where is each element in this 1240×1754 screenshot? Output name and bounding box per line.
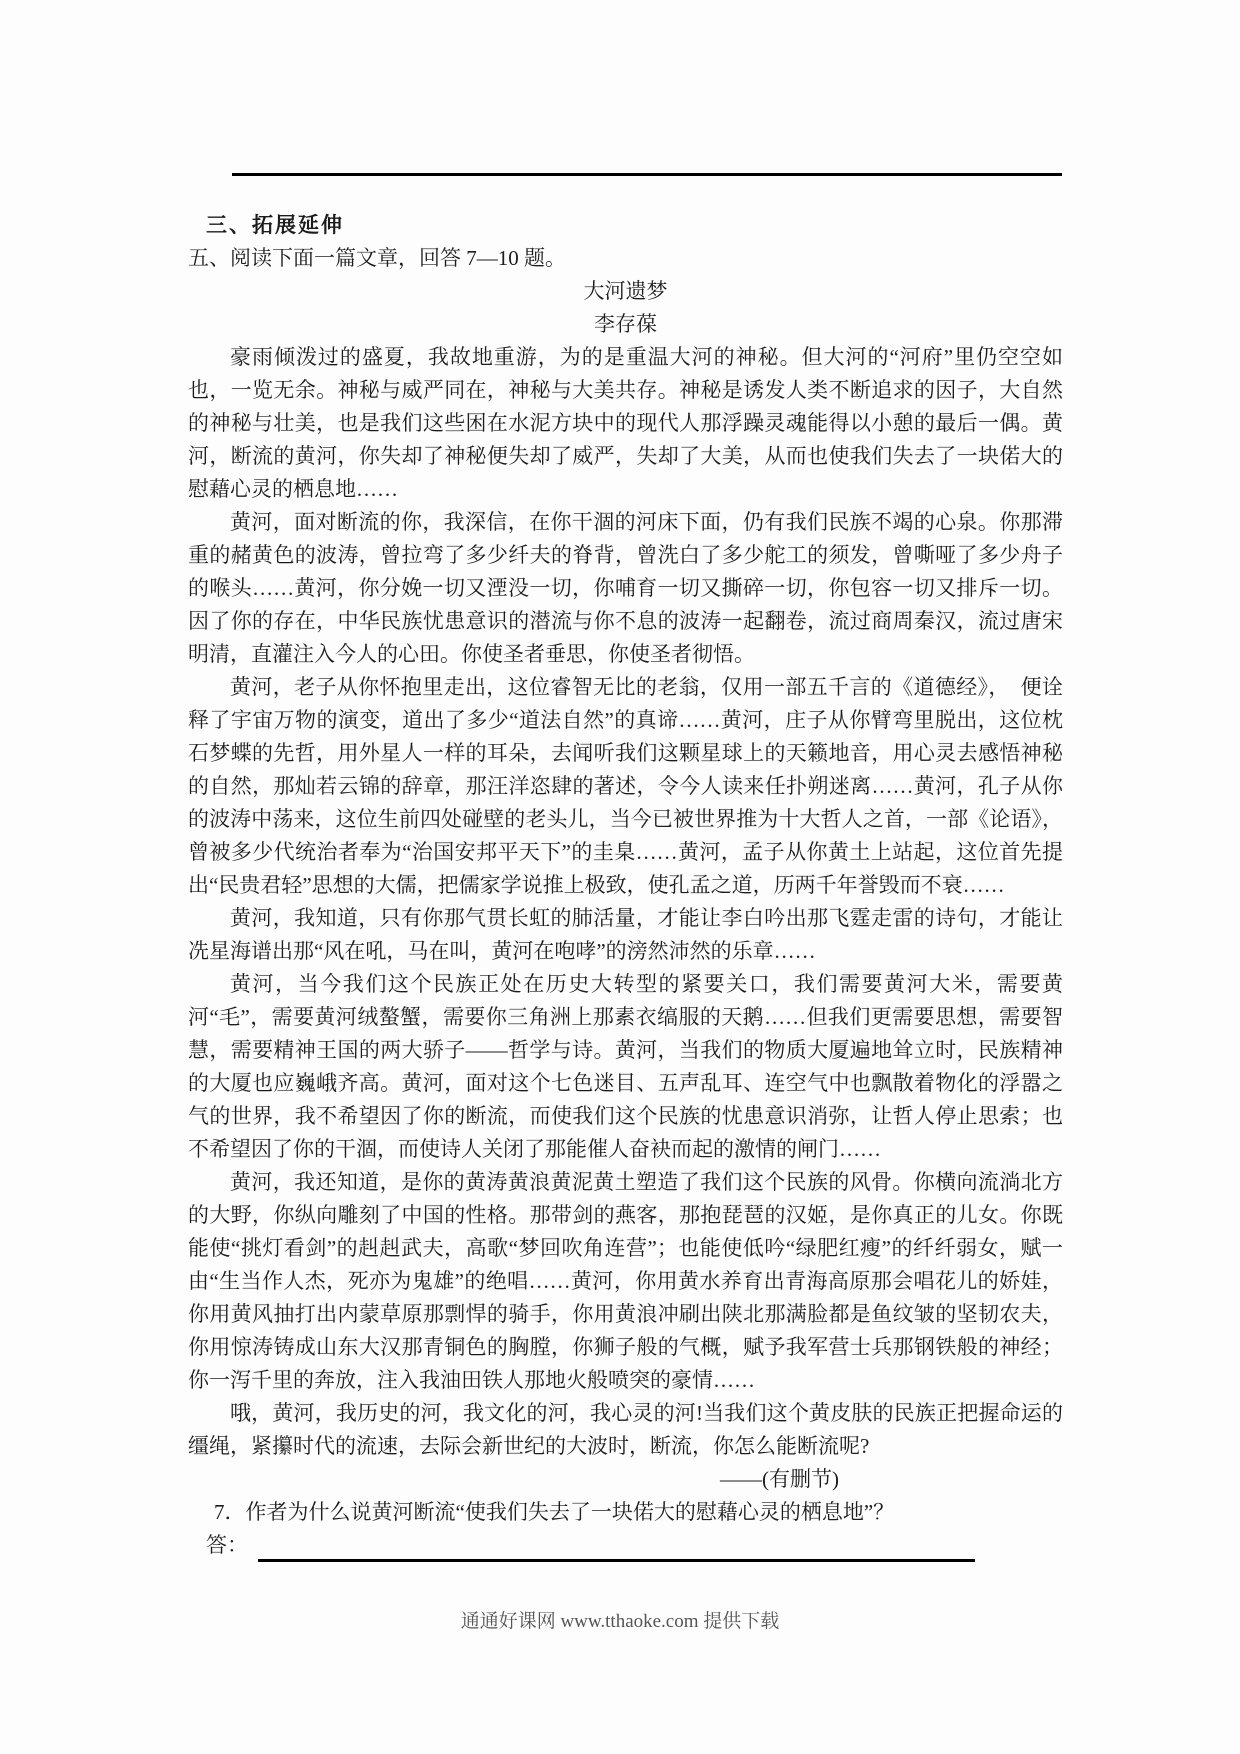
- answer-row: 答：: [188, 1529, 975, 1562]
- article-attribution: ——(有删节): [720, 1463, 1063, 1496]
- article-paragraph: 黄河，我知道，只有你那气贯长虹的肺活量，才能让李白吟出那飞霆走雷的诗句，才能让冼…: [188, 902, 1063, 968]
- exercise-instruction: 五、阅读下面一篇文章，回答 7—10 题。: [188, 242, 1063, 275]
- article-paragraph: 黄河，面对断流的你，我深信，在你干涸的河床下面，仍有我们民族不竭的心泉。你那滞重…: [188, 506, 1063, 671]
- worksheet-page: 三、拓展延伸 五、阅读下面一篇文章，回答 7—10 题。 大河遗梦 李存葆 豪雨…: [0, 0, 1240, 1754]
- article-author: 李存葆: [188, 308, 1063, 341]
- question-7-text: 7．作者为什么说黄河断流“使我们失去了一块偌大的慰藉心灵的栖息地”？: [188, 1496, 1063, 1529]
- article-paragraph: 哦，黄河，我历史的河，我文化的河，我心灵的河!当我们这个黄皮肤的民族正把握命运的…: [188, 1397, 1063, 1463]
- answer-blank-line: [258, 1533, 975, 1562]
- document-body: 三、拓展延伸 五、阅读下面一篇文章，回答 7—10 题。 大河遗梦 李存葆 豪雨…: [188, 209, 1063, 1562]
- article-paragraph: 豪雨倾泼过的盛夏，我故地重游，为的是重温大河的神秘。但大河的“河府”里仍空空如也…: [188, 341, 1063, 506]
- header-divider-rule: [232, 173, 1062, 176]
- article-paragraph: 黄河，当今我们这个民族正处在历史大转型的紧要关口，我们需要黄河大米，需要黄河“毛…: [188, 968, 1063, 1166]
- section-heading: 三、拓展延伸: [188, 209, 1063, 242]
- article-paragraph: 黄河，老子从你怀抱里走出，这位睿智无比的老翁，仅用一部五千言的《道德经》， 便诠…: [188, 671, 1063, 902]
- answer-label: 答：: [206, 1529, 248, 1562]
- article-paragraph: 黄河，我还知道，是你的黄涛黄浪黄泥黄土塑造了我们这个民族的风骨。你横向流淌北方的…: [188, 1166, 1063, 1397]
- footer-text: 通通好课网 www.tthaoke.com 提供下载: [0, 1608, 1240, 1636]
- article-title: 大河遗梦: [188, 275, 1063, 308]
